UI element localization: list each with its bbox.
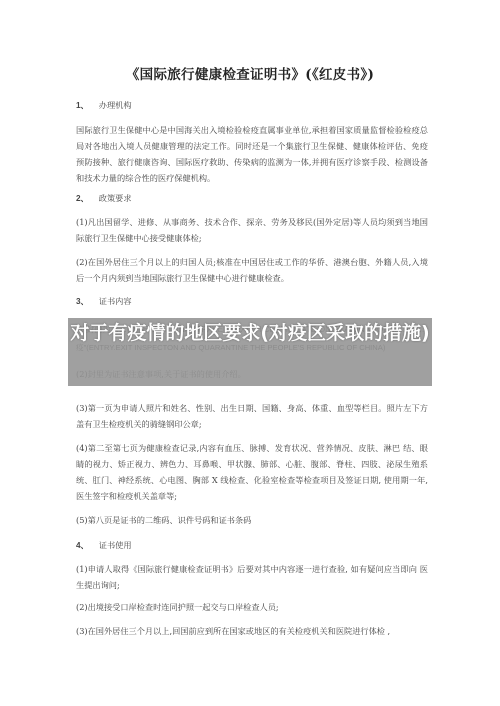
paragraph: (5)第八页是证书的二维码、识件号码和证书条码 (76, 512, 428, 528)
section-heading-1: 1、办理机构 (76, 100, 132, 111)
paragraph: (2)出境接受口岸检查时连同护照一起交与口岸检查人员; (76, 599, 428, 615)
paragraph: (4)第二至第七页为健康检查记录,内容有血压、脉搏、发育状况、营养情况、皮肤、淋… (76, 440, 428, 504)
section-heading-3: 3、证书内容 (76, 296, 132, 307)
paragraph: (2)在国外居住三个月以上的归国人员;核准在中国居住或工作的华侨、港澳台胞、外籍… (76, 254, 428, 286)
section-title: 政策要求 (99, 193, 132, 203)
paragraph: (1)申请人取得《国际旅行健康检查证明书》后要对其中内容逐一进行查验, 如有疑问… (76, 561, 428, 593)
paragraph: (3)在国外居住三个月以上,回国前应到所在国家或地区的有关检疫机关和医院进行体检… (76, 623, 428, 639)
section-title: 办理机构 (99, 100, 132, 110)
paragraph: (3)第一页为申请人照片和姓名、性别、出生日期、国籍、身高、体重、血型等栏目。照… (76, 400, 428, 432)
overlay-caption-title: 对于有疫情的地区要求(对疫区采取的措施) (68, 322, 432, 345)
section-number: 3、 (76, 297, 89, 306)
paragraph: (1)凡出国留学、进修、从事商务、技术合作、探亲、劳务及移民(国外定居)等人员均… (76, 214, 428, 246)
paragraph: 国际旅行卫生保健中心是中国海关出入境检验检疫直属事业单位,承担着国家质量监督检验… (76, 122, 428, 186)
document-title: 《国际旅行健康检查证明书》(《红皮书》) (0, 63, 500, 83)
section-number: 2、 (76, 194, 89, 203)
document-page: 《国际旅行健康检查证明书》(《红皮书》) 1、办理机构 国际旅行卫生保健中心是中… (0, 0, 500, 706)
section-title: 证书使用 (99, 540, 132, 550)
section-number: 1、 (76, 101, 89, 110)
section-heading-4: 4、证书使用 (76, 540, 132, 551)
section-heading-2: 2、政策要求 (76, 193, 132, 204)
section-number: 4、 (76, 541, 89, 550)
section-title: 证书内容 (99, 296, 132, 306)
